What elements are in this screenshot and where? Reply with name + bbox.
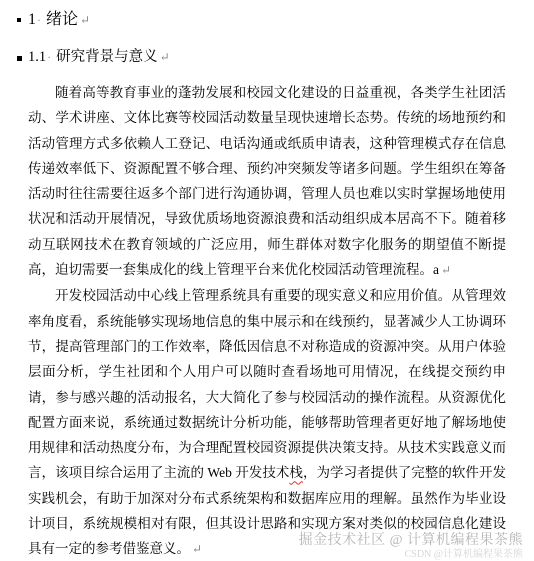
paragraph-2: 开发校园活动中心线上管理系统具有重要的现实意义和应用价值。从管理效率角度看，系统…	[28, 283, 506, 561]
space-formatting-mark: ·	[47, 50, 51, 64]
paragraph-1: 随着高等教育事业的蓬勃发展和校园文化建设的日益重视，各类学生社团活动、学术讲座、…	[28, 80, 506, 283]
heading-1-1-number: 1.1	[28, 49, 46, 65]
document-content: 1·绪论↵ 1.1·研究背景与意义↵ 随着高等教育事业的蓬勃发展和校园文化建设的…	[28, 9, 506, 561]
paragraph-mark-icon: ↵	[160, 50, 170, 64]
paragraph-mark-icon: ↵	[80, 13, 90, 27]
paragraph-1-text: 随着高等教育事业的蓬勃发展和校园文化建设的日益重视，各类学生社团活动、学术讲座、…	[28, 85, 506, 277]
heading-1-1-text: 研究背景与意义	[56, 49, 158, 65]
spellcheck-underlined-text: 栈	[289, 465, 303, 480]
paragraph-1-trailing-text: a	[433, 262, 439, 277]
heading-1-text: 绪论	[46, 11, 78, 28]
heading-style-marker-icon	[17, 56, 22, 61]
heading-1: 1·绪论↵	[28, 9, 506, 31]
paragraph-2-text-a: 开发校园活动中心线上管理系统具有重要的现实意义和应用价值。从管理效率角度看，系统…	[28, 288, 506, 480]
paragraph-mark-icon: ↵	[441, 263, 451, 277]
heading-style-marker-icon	[17, 18, 21, 22]
paragraph-mark-icon: ↵	[192, 542, 202, 556]
space-formatting-mark: ·	[37, 13, 41, 27]
heading-1-number: 1	[28, 11, 36, 28]
heading-1-1: 1.1·研究背景与意义↵	[28, 47, 506, 67]
